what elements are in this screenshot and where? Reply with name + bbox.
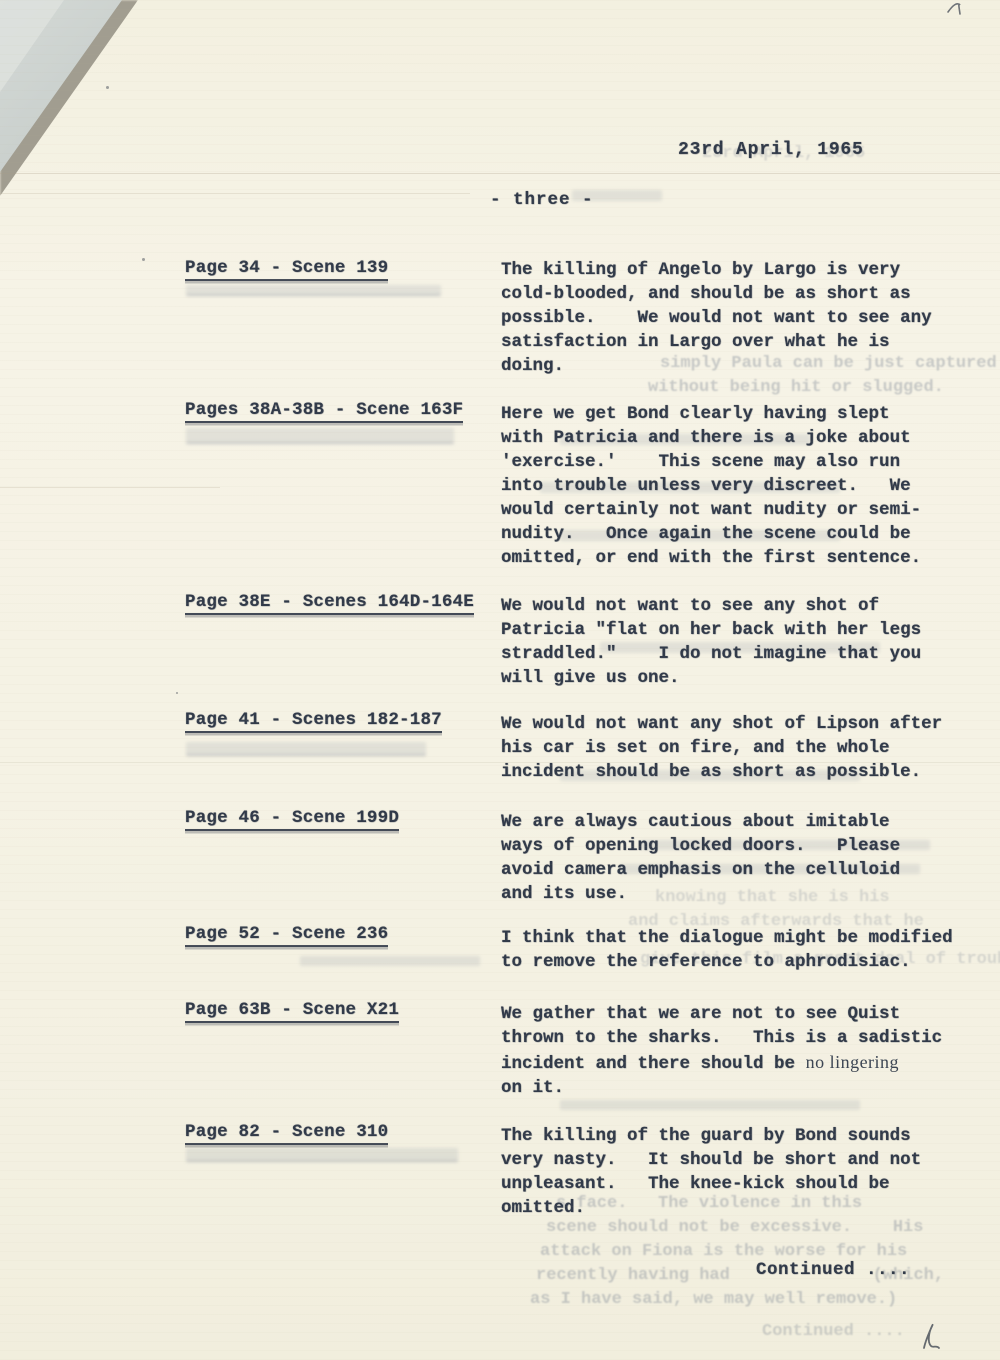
scene-reference-label: Page 41 - Scenes 182-187 [185,710,442,733]
continued-label: Continued .... [756,1260,910,1280]
scene-reference-label: Pages 38A-38B - Scene 163F [185,400,463,423]
scene-reference-label: Page 46 - Scene 199D [185,808,399,831]
scanned-memo-page: 23rd April, 1965 simply Paula can be jus… [0,0,1000,1360]
scene-reference-label: Page 34 - Scene 139 [185,258,388,281]
censor-note: We are always cautious about imitable wa… [501,810,979,906]
page-number-label: - three - [490,190,594,210]
scene-reference: Page 41 - Scenes 182-187 [185,710,442,733]
scene-reference-label: Page 63B - Scene X21 [185,1000,399,1023]
ghost-smudge [186,428,454,444]
paper-crease [0,173,1000,174]
scene-reference: Page 52 - Scene 236 [185,924,388,947]
censor-note: We gather that we are not to see Quist t… [501,1002,979,1100]
scene-reference-label: Page 82 - Scene 310 [185,1122,388,1145]
ghost-smudge [186,285,441,296]
paper-crease [0,487,220,488]
ghost-text: without being hit or slugged. [648,376,944,400]
memo-date: 23rd April, 1965 [678,140,864,160]
scene-reference-label: Page 52 - Scene 236 [185,924,388,947]
censor-note: We would not want any shot of Lipson aft… [501,712,979,784]
paper-crease [0,193,470,194]
scene-reference: Page 46 - Scene 199D [185,808,399,831]
pen-mark-bottom-icon [916,1316,948,1354]
ghost-smudge [186,742,426,756]
ghost-text: Continued .... [762,1320,905,1344]
censor-note: The killing of the guard by Bond sounds … [501,1124,979,1220]
censor-note: We would not want to see any shot of Pat… [501,594,979,690]
ghost-smudge [300,956,480,966]
scene-reference-label: Page 38E - Scenes 164D-164E [185,592,474,615]
scene-reference: Pages 38A-38B - Scene 163F [185,400,463,423]
ghost-smudge [560,1100,860,1110]
scene-reference: Page 38E - Scenes 164D-164E [185,592,474,615]
scan-speck [106,86,109,89]
censor-note: I think that the dialogue might be modif… [501,926,979,974]
censor-note: The killing of Angelo by Largo is very c… [501,258,979,378]
censor-note: Here we get Bond clearly having slept wi… [501,402,979,570]
ghost-smudge [186,1148,458,1162]
scene-reference: Page 82 - Scene 310 [185,1122,388,1145]
scan-speck [176,692,178,694]
scan-speck [142,258,145,261]
ghost-text: as I have said, we may well remove.) [530,1288,897,1312]
scene-reference: Page 63B - Scene X21 [185,1000,399,1023]
pen-mark-top-icon [944,0,972,22]
censor-note-text: on it. [501,1078,564,1098]
scene-reference: Page 34 - Scene 139 [185,258,388,281]
inserted-correction-text: no lingering [806,1052,900,1072]
